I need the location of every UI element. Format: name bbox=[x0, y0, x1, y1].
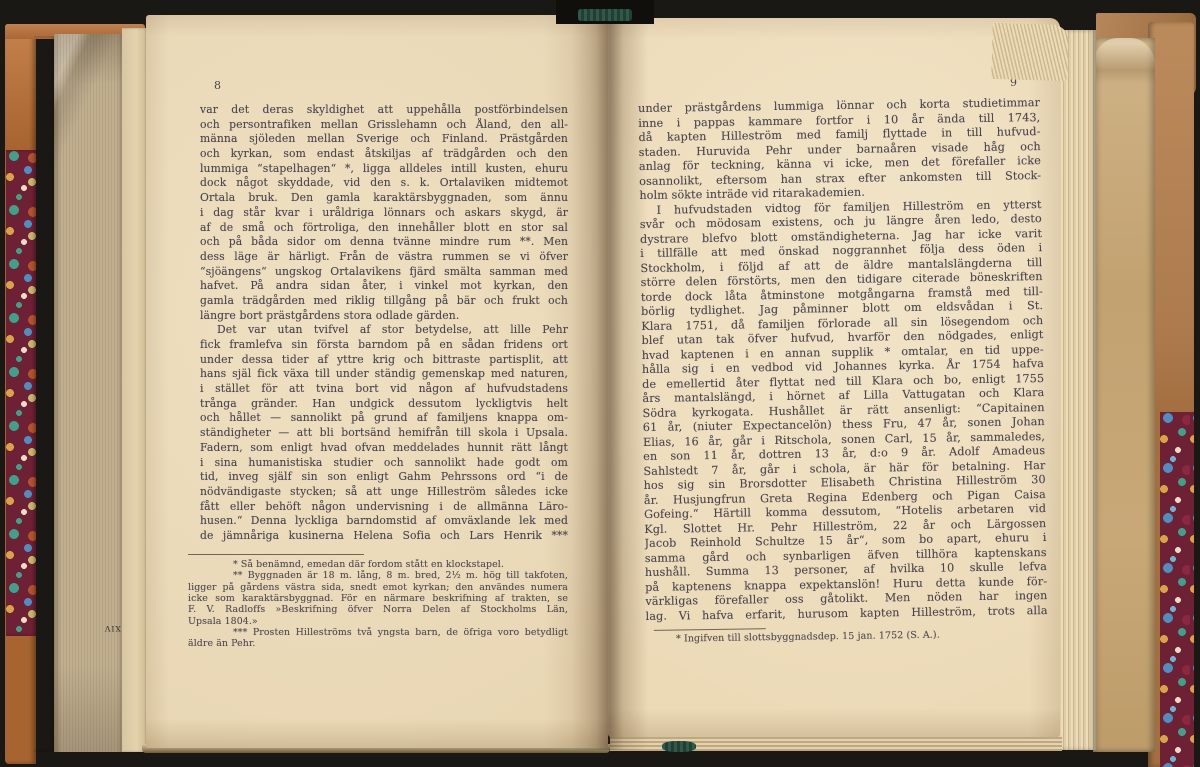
page-number-left: 8 bbox=[214, 79, 221, 92]
text-line: hafvet. På andra sidan åter, i vinkel mo… bbox=[200, 279, 568, 294]
left-endpaper bbox=[54, 34, 124, 752]
text-line: hans själ fick växa till under ständig g… bbox=[200, 367, 568, 382]
left-page: 8 var det deras skyldighet att uppehålla… bbox=[146, 15, 608, 748]
footnote-line: ** Byggnaden är 18 m. lång, 8 m. bred, 2… bbox=[188, 570, 568, 581]
text-line: dock något skyddade, vid den s. k. Ortal… bbox=[200, 176, 568, 191]
signature-mark: XIV bbox=[104, 624, 121, 633]
text-line: trånga gränder. Han undgick dessutom lyc… bbox=[200, 397, 568, 412]
left-flyleaf-edge bbox=[34, 36, 56, 752]
text-line: i sina humanistiska studier och sannolik… bbox=[200, 456, 568, 471]
text-line: lummiga “stapelhagen“ *, ligga alldeles … bbox=[200, 162, 568, 177]
headband-top bbox=[578, 9, 632, 21]
text-line: ständigheter — att bli bortsänd hemifrån… bbox=[200, 426, 568, 441]
fanned-page-corner bbox=[991, 23, 1069, 81]
text-line: nödvändigaste stycken; så att unge Hille… bbox=[200, 485, 568, 500]
tissue-insert bbox=[1093, 38, 1155, 752]
text-line: männa sjöleden mellan Sverige och Finlan… bbox=[200, 132, 568, 147]
text-line: i dag står kvar i uråldriga lönnars och … bbox=[200, 206, 568, 221]
footnote-lines: * Så benämnd, emedan där fordom stått en… bbox=[188, 559, 568, 650]
footnote-separator bbox=[654, 628, 766, 631]
footnote-line: F. V. Radloffs »Beskrifning öfver Norra … bbox=[188, 604, 568, 615]
headband-bottom bbox=[662, 741, 696, 752]
text-line: dess läge är härligt. Från de västra rum… bbox=[200, 250, 568, 265]
right-page-text: under prästgårdens lummiga lönnar och ko… bbox=[638, 96, 1048, 645]
text-line: husen.“ Denna lyckliga barndomstid af om… bbox=[200, 514, 568, 529]
right-cover-marbled-paper bbox=[1160, 412, 1194, 767]
text-line: och kyrkan, som endast åtskiljas af träd… bbox=[200, 147, 568, 162]
footnote-line: ligger på gårdens västra sida, snedt emo… bbox=[188, 582, 568, 593]
left-cover-marbled-paper bbox=[6, 150, 36, 636]
right-page-edges bbox=[1056, 30, 1096, 750]
footnote-line: Upsala 1804.» bbox=[188, 616, 568, 627]
text-line: Ortala bruk. Den gamla karaktärsbyggnade… bbox=[200, 191, 568, 206]
left-page-footnotes: * Så benämnd, emedan där fordom stått en… bbox=[200, 549, 568, 650]
footnote-line: äldre än Pehr. bbox=[188, 638, 568, 649]
text-line: de jämnåriga kusinerna Helena Sofia och … bbox=[200, 529, 568, 544]
left-page-text: var det deras skyldighet att uppehålla p… bbox=[200, 103, 568, 544]
footnote-line: *** Prosten Hilleströms två yngsta barn,… bbox=[188, 627, 568, 638]
footnote-line: icke som karaktärsbyggnad. För en närmar… bbox=[188, 593, 568, 604]
text-line: Det var utan tvifvel af stor betydelse, … bbox=[200, 323, 568, 338]
text-line: gamla trädgården med riklig tillgång på … bbox=[200, 294, 568, 309]
left-page-edges bbox=[122, 28, 148, 752]
text-line: under dessa tider af yttre krig och bitt… bbox=[200, 353, 568, 368]
text-line: fick framlefva sin första barndom på en … bbox=[200, 338, 568, 353]
text-line: “sjöängens“ ungskog Ortalavikens fjärd s… bbox=[200, 265, 568, 280]
text-line: och persontrafiken mellan Grisslehamn oc… bbox=[200, 118, 568, 133]
text-line: Fadern, som enligt hvad ofvan meddelades… bbox=[200, 441, 568, 456]
text-line: af de små och förtroliga, den innehåller… bbox=[200, 221, 568, 236]
footnote-line: * Så benämnd, emedan där fordom stått en… bbox=[188, 559, 568, 570]
open-book-photo: XIV 8 var det deras skyldighet att uppeh… bbox=[0, 0, 1200, 767]
text-line: i stället för att tvina bort vid någon a… bbox=[200, 382, 568, 397]
text-line: och hållet — sannolikt på grund af famil… bbox=[200, 411, 568, 426]
left-cover-leather bbox=[5, 24, 36, 764]
text-line: var det deras skyldighet att uppehålla p… bbox=[200, 103, 568, 118]
right-page: 9 under prästgårdens lummiga lönnar och … bbox=[608, 18, 1060, 737]
text-line: och på båda sidor om denna tvänne mindre… bbox=[200, 235, 568, 250]
text-line: tid, inveg själf sin son enligt Gahm Peh… bbox=[200, 470, 568, 485]
footnote-line: * Ingifven till slottsbyggnadsdep. 15 ja… bbox=[646, 628, 1048, 645]
text-line: fått eller behöft någon undervisning i d… bbox=[200, 500, 568, 515]
text-line: längre bort prästgårdens stora odlade gä… bbox=[200, 309, 568, 324]
footnote-separator bbox=[188, 554, 364, 555]
